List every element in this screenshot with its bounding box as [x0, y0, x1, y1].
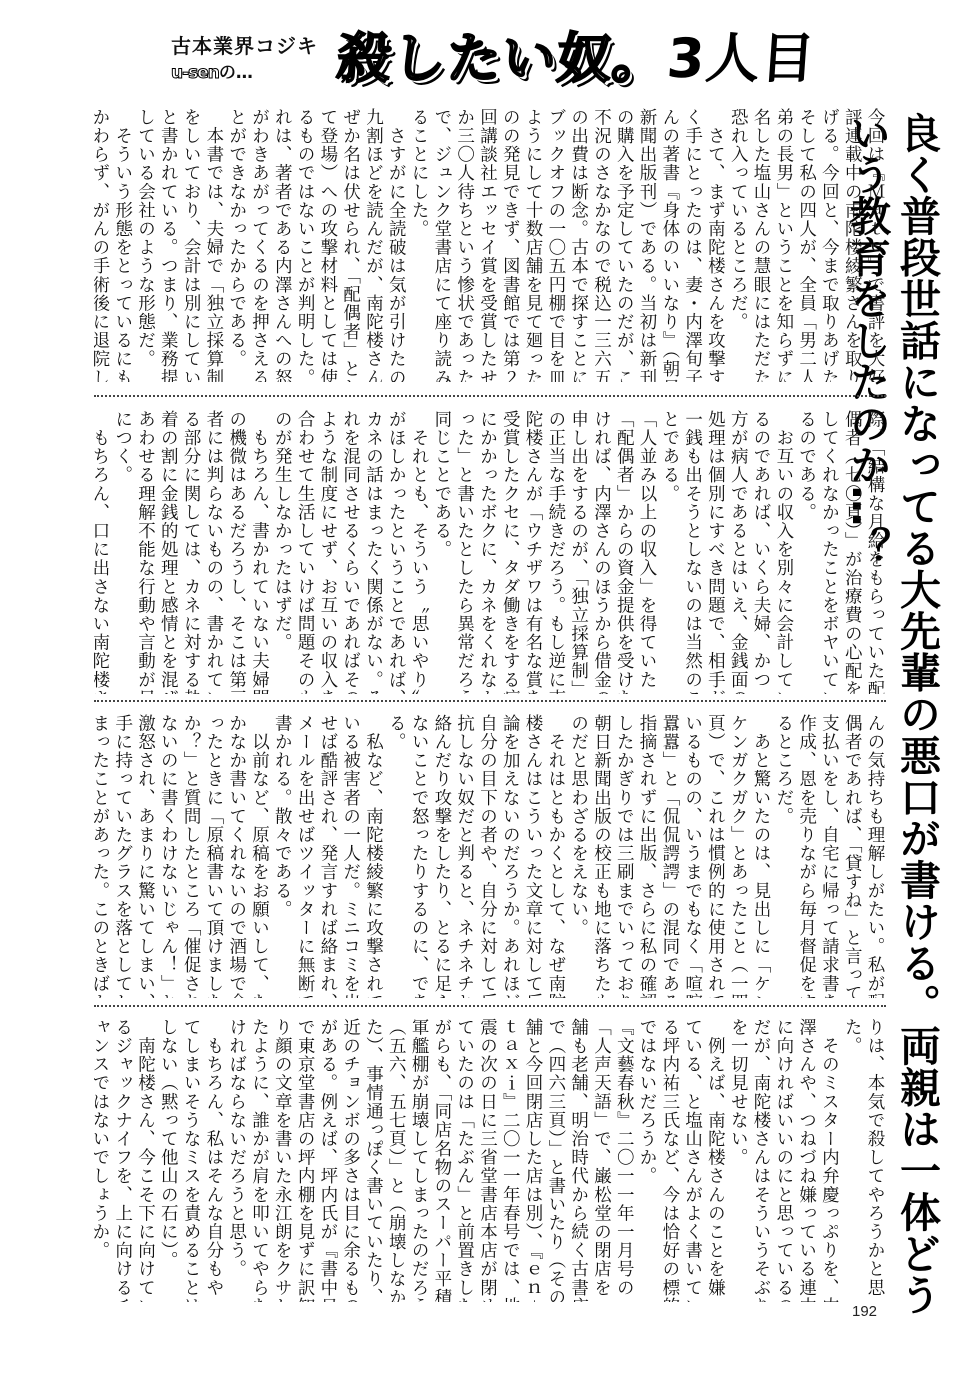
text-column: しない（黙って他山の石に）。 [157, 1018, 180, 1302]
text-column: 受賞したクセに、タダ働きをする病 [498, 410, 521, 694]
text-column: ャンスではないでしょうか。 [94, 1018, 111, 1302]
text-block-4: りは、本気で殺してやろうかと思った。 そのミスター内弁慶っぷりを、内澤さんや、つ… [94, 1018, 886, 1302]
text-column: している会社のような形態だ。 [134, 108, 157, 382]
text-column: に向ければいいのにと思っているの [772, 1018, 795, 1302]
text-column: をしいており、会計は別にしている、 [179, 108, 202, 382]
text-column: るところだ。 [772, 714, 795, 998]
text-column: のの発見できず、図書館では第２７ [498, 108, 521, 382]
text-column: 弟の長男」ということを知らずに指 [772, 108, 795, 382]
text-column: 恐れ入っているところだ。 [726, 108, 749, 382]
text-column: 不況のさなかなので税込一三六五円 [590, 108, 613, 382]
text-column: それはともかくとして、なぜ南陀 [544, 714, 567, 998]
text-column: そういう形態をとっているにもか [111, 108, 134, 382]
text-column: 以前など、原稿をお願いして、な [248, 714, 271, 998]
text-column: 私など、南陀楼綾繁に攻撃されて [362, 714, 385, 998]
text-column: た。 [840, 1018, 863, 1302]
author-name: u-sen [171, 63, 219, 83]
text-column: れを混同させるくらいであればその [339, 410, 362, 694]
text-column: で東京堂書店の坪内棚を見ずに訳知 [293, 1018, 316, 1302]
text-column: て登場）への攻撃材料としては使え [316, 108, 339, 382]
article-header: 古本業界コジキ u-senの… 殺したい奴。3人目 [165, 22, 865, 102]
text-column: そして私の四人が、全員「男二人兄 [795, 108, 818, 382]
text-column: ではないだろうか。 [635, 1018, 658, 1302]
text-column: 抗しない奴だと判ると、ネチネチと [453, 714, 476, 998]
text-column: るのであれば、いくら夫婦、かつ一 [749, 410, 772, 694]
text-column: る。 [384, 714, 407, 998]
text-column: 者には判らないものの、書かれてい [202, 410, 225, 694]
article-title: 殺したい奴。3人目 [335, 24, 818, 94]
text-column: ければならないだろうと思う。 [225, 1018, 248, 1302]
text-column: ければ、内澤さんのほうから借金の [590, 410, 613, 694]
text-column: で、ジュンク堂書店にて座り読みす [430, 108, 453, 382]
text-column: 今回は『Ｍａｔｅ』で書評を大好 [863, 108, 886, 382]
text-column: を一切見せない。 [726, 1018, 749, 1302]
text-column: いるものの、いうまでもなく「喧喧 [681, 714, 704, 998]
text-column: んの気持ちも理解しがたい。私が配 [863, 714, 886, 998]
text-column: あわせる理解不能な行動や言動が目 [134, 410, 157, 694]
text-column: してくれなかったことをボヤいてい [818, 410, 841, 694]
text-column: れは、著者である内澤さんへの怒り [270, 108, 293, 382]
text-column: のだと思わざるをえない。 [567, 714, 590, 998]
text-column: 九割ほどを読んだが、南陀楼さん（な [362, 108, 385, 382]
text-column: それとも、そういう〝思いやり〟 [407, 410, 430, 694]
text-column: もちろん、書かれていない夫婦間 [248, 410, 271, 694]
text-column: もちろん、口に出さない南陀楼さ [94, 410, 111, 694]
text-column: お互いの収入を別々に会計してい [772, 410, 795, 694]
page-number: 192 [852, 1303, 877, 1320]
text-column: さすがに全読破は気が引けたので、 [384, 108, 407, 382]
text-column: たように、誰かが肩を叩いてやらな [248, 1018, 271, 1302]
text-column: （五六、五七頁）」と（崩壊しなかっ [384, 1018, 407, 1302]
text-column: りは、本気で殺してやろうかと思っ [863, 1018, 886, 1302]
text-column: 南陀楼さん、今こそ下に向けてい [134, 1018, 157, 1302]
text-column: 震の次の日に三省堂書店本店が閉め [476, 1018, 499, 1302]
title-number: 3人目 [665, 27, 818, 90]
text-column: か三〇人待ちという惨状であったの [453, 108, 476, 382]
text-column: 「配偶者」からの資金提供を受けた [612, 410, 635, 694]
text-column: したかぎりでは三刷までいっており、 [612, 714, 635, 998]
text-column: ような制度にせず、お互いの収入を [316, 410, 339, 694]
text-column: 絡んだり攻撃をしたり、とるに足ら [430, 714, 453, 998]
text-column: 頁）で、これは慣例的に使用されて [704, 714, 727, 998]
text-block-3: んの気持ちも理解しがたい。私が配偶者であれば、「貸すね」と言って支払いをし、自宅… [94, 714, 886, 998]
text-column: 楼さんはこういった文章に対して反 [521, 714, 544, 998]
text-column: で（四六三頁）」と書いたり（その老 [544, 1018, 567, 1302]
text-column: ていたのは「たぶん」と前置きしな [453, 1018, 476, 1302]
text-column: 軍艦棚が崩壊してしまったのだろう [407, 1018, 430, 1302]
text-column: せば酷評され、発言すれば絡まれ、 [316, 714, 339, 998]
text-column: 指摘されずに出版、さらに私の確認 [635, 714, 658, 998]
text-column: るのである。 [795, 410, 818, 694]
text-column: 自分の目下の者や、自分に対して反 [476, 714, 499, 998]
text-column: るものではないことが判明した。そ [293, 108, 316, 382]
dotted-divider [94, 1005, 886, 1007]
text-column: 合わせて生活していけば問題そのも [293, 410, 316, 694]
text-column: てしまいそうなミスを責めることは [179, 1018, 202, 1302]
text-column: かなか書いてくれないので酒場で会 [225, 714, 248, 998]
text-column: 近のチョンボの多さは目に余るもの [339, 1018, 362, 1302]
text-column: にかかったボクに、カネをくれなか [476, 410, 499, 694]
text-column: 囂囂」と「侃侃諤諤」の混同である。 [658, 714, 681, 998]
text-column: そのミスター内弁慶っぷりを、内 [818, 1018, 841, 1302]
text-column: とである。 [658, 410, 681, 694]
text-column: ないことで怒ったりするのに、であ [407, 714, 430, 998]
text-column: た）、事情通っぽく書いていたり、最 [362, 1018, 385, 1302]
text-column: 書かれる。散々である。 [270, 714, 293, 998]
text-column: ぜか名は伏せられ、「配偶者」とし [339, 108, 362, 382]
text-column: 本書では、夫婦で「独立採算制」 [202, 108, 225, 382]
text-column: いる被害者の一人だ。ミニコミを出 [339, 714, 362, 998]
text-column: メールを出せばツイッターに無断で [293, 714, 316, 998]
text-column: 舗と今回閉店した店は別）、『ｅｎ－ [521, 1018, 544, 1302]
text-column: 際、「結構な月給をもらっていた配 [863, 410, 886, 694]
text-column: げる。今回と、今まで取りあげた方、 [818, 108, 841, 382]
text-column: 激怒され、あまりに驚いてしまい、 [134, 714, 157, 998]
text-column: った」と書いたとしたら異常だろう。 [453, 410, 476, 694]
text-column: 同じことである。 [430, 410, 453, 694]
text-column: 舗も老舗、明治時代から続く古書店 [567, 1018, 590, 1302]
text-column: ることにした。 [407, 108, 430, 382]
text-column: がほしかったということであれば、 [384, 410, 407, 694]
text-column: んの著書『身体のいいなり』（朝日 [658, 108, 681, 382]
text-column: の機微はあるだろうし、そこは第三 [225, 410, 248, 694]
text-column: ないのに書くわけないじゃん！」と [157, 714, 180, 998]
text-column: ケンガクガク」とあったこと（一四四 [726, 714, 749, 998]
vertical-headline: 良く普段世話になってる大先輩の悪口が書ける。両親は一体どういう教育をしたのか…？ [892, 112, 942, 1342]
text-column: 方が病人であるとはいえ、金銭面の [726, 410, 749, 694]
text-column: とができなかったからである。 [225, 108, 248, 382]
text-column: のが発生しなかったはずだ。 [270, 410, 293, 694]
text-column: 偶者であれば、「貸すね」と言って [840, 714, 863, 998]
dotted-divider [94, 700, 886, 702]
text-column: 朝日新聞出版の校正も地に落ちたも [590, 714, 613, 998]
text-column: と書かれている。つまり、業務提携 [157, 108, 180, 382]
text-column: 申し出をするのが、「独立採算制」 [567, 410, 590, 694]
text-column: 澤さんや、つねづね嫌っている連中 [795, 1018, 818, 1302]
text-column: 新聞出版刊）である。当初は新刊で [635, 108, 658, 382]
text-column: さて、まず南陀楼さんを攻撃すべ [704, 108, 727, 382]
text-column: がある。例えば、坪内氏が『書中日記』 [316, 1018, 339, 1302]
text-column: く手にとったのは、妻・内澤旬子さ [681, 108, 704, 382]
text-column: がわきあがってくるのを押さえるこ [248, 108, 271, 382]
text-column: の出費は断念。古本で探すことにし、 [567, 108, 590, 382]
text-column: 陀楼さんが「ウチザワは有名な賞を [521, 410, 544, 694]
text-column: の購入を予定していたのだが、この [612, 108, 635, 382]
series-name: 古本業界コジキ [171, 34, 318, 58]
text-column: 支払いをし、自宅に帰って請求書を [818, 714, 841, 998]
dotted-divider [94, 395, 886, 397]
text-column: る部分に関しては、カネに対する執 [179, 410, 202, 694]
text-column: ようにして十数店舗を見て廻ったも [521, 108, 544, 382]
text-column: まったことがあった。このときばか [94, 714, 111, 998]
text-column: あと驚いたのは、見出しに「ケン [749, 714, 772, 998]
text-column: 名した塩山さんの慧眼にはただただ [749, 108, 772, 382]
text-column: り顔の文章を書いた永江朗をクサし [270, 1018, 293, 1302]
text-column: がらも、「同店名物のスーパー平積み [430, 1018, 453, 1302]
text-column: 偶者（七〇頁）」が治療費の心配を [840, 410, 863, 694]
text-column: 処理は個別にすべき問題で、相手が [704, 410, 727, 694]
text-block-2: 際、「結構な月給をもらっていた配偶者（七〇頁）」が治療費の心配をしてくれなかった… [94, 410, 886, 694]
text-column: るジャックナイフを、上に向けるチ [111, 1018, 134, 1302]
author-suffix: の… [219, 63, 253, 83]
text-column: る坪内祐三氏など、今は恰好の標的 [658, 1018, 681, 1302]
text-column: ている、と塩山さんがよく書いてい [681, 1018, 704, 1302]
text-column: 作成、恩を売りながら毎月督促をす [795, 714, 818, 998]
text-column: 「人並み以上の収入」を得ていた [635, 410, 658, 694]
text-column: もちろん、私はそんな自分もやっ [202, 1018, 225, 1302]
author-line: u-senの… [171, 62, 253, 84]
text-column: 「人声天語」で、巌松堂の閉店を「老 [590, 1018, 613, 1302]
text-column: 手に持っていたグラスを落としてし [111, 714, 134, 998]
text-column: 論を加えないのだろうか。あれほど [498, 714, 521, 998]
text-column: ブックオフの一〇五円棚で目を皿の [544, 108, 567, 382]
text-column: かわらず、がんの手術後に退院した [94, 108, 111, 382]
text-column: ったときに「原稿書いて頂けました [202, 714, 225, 998]
text-column: カネの話はまったく関係がない。そ [362, 410, 385, 694]
text-column: の正当な手続きだろう。もし逆に南 [544, 410, 567, 694]
text-column: 着の割に金銭的処理と感情とを混ぜ [157, 410, 180, 694]
text-column: だが、南陀楼さんはそういうそぶり [749, 1018, 772, 1302]
text-column: 例えば、南陀楼さんのことを嫌っ [704, 1018, 727, 1302]
text-column: ｔａｘｉ』二〇一一年春号では、地 [498, 1018, 521, 1302]
text-column: につく。 [111, 410, 134, 694]
text-column: 『文藝春秋』二〇一一年一月号の [612, 1018, 635, 1302]
title-main: 殺したい奴。 [335, 27, 669, 90]
text-block-1: 今回は『Ｍａｔｅ』で書評を大好評連載中の南陀楼綾繁さんを取りあげる。今回と、今ま… [94, 108, 886, 382]
text-column: 一銭も出そうとしないのは当然のこ [681, 410, 704, 694]
text-column: 回講談社エッセイ賞を受賞したせい [476, 108, 499, 382]
text-column: 評連載中の南陀楼綾繁さんを取りあ [840, 108, 863, 382]
text-column: か？」と質問したところ「催促され [179, 714, 202, 998]
